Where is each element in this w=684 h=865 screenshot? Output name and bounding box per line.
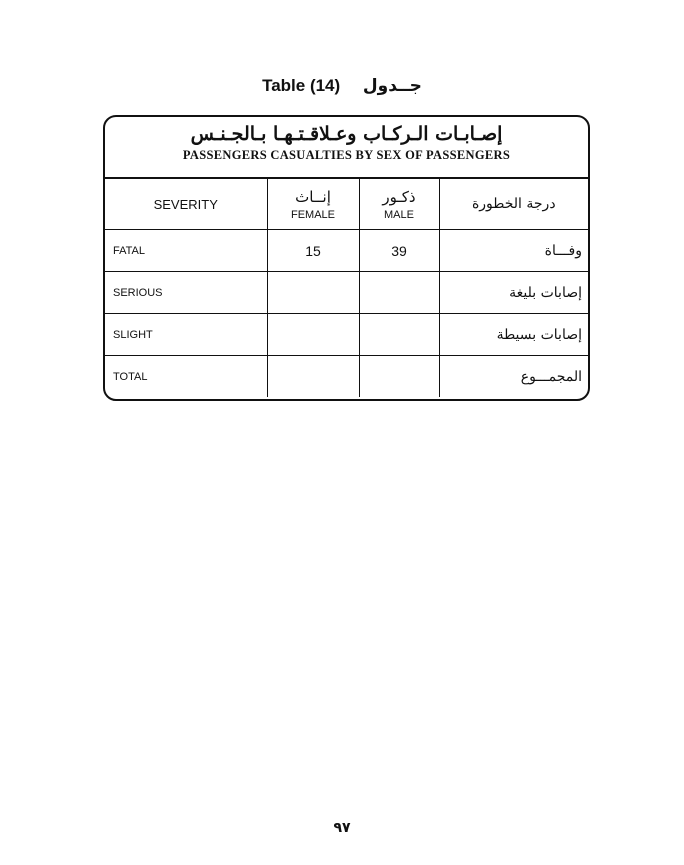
- cell-female: [267, 356, 359, 398]
- caption-arabic: إصـابـات الـركـاب وعـلاقـتـهـا بـالجـنـس: [105, 117, 588, 145]
- table-row-total: TOTAL المجمـــوع: [105, 356, 588, 398]
- table-caption: إصـابـات الـركـاب وعـلاقـتـهـا بـالجـنـس…: [105, 117, 588, 179]
- row-label-ar: وفـــاة: [439, 230, 588, 272]
- header-severity-ar: درجة الخطورة: [439, 179, 588, 230]
- header-male: ذكـور MALE: [359, 179, 439, 230]
- table-row-fatal: FATAL 15 39 وفـــاة: [105, 230, 588, 272]
- header-female-en: FEMALE: [268, 209, 359, 221]
- header-female-ar: إنــاث: [268, 188, 359, 206]
- table-title-ar: جــدول: [363, 76, 422, 96]
- row-label-en: TOTAL: [105, 356, 267, 398]
- table-title-en: Table (14): [262, 76, 340, 95]
- row-label-en: SLIGHT: [105, 314, 267, 356]
- cell-male: [359, 314, 439, 356]
- table-row-slight: SLIGHT إصابات بسيطة: [105, 314, 588, 356]
- header-male-en: MALE: [360, 209, 439, 221]
- cell-female: 15: [267, 230, 359, 272]
- cell-female: [267, 314, 359, 356]
- row-label-en: SERIOUS: [105, 272, 267, 314]
- cell-male: [359, 272, 439, 314]
- caption-english: PASSENGERS CASUALTIES BY SEX OF PASSENGE…: [105, 148, 588, 163]
- row-label-ar: إصابات بسيطة: [439, 314, 588, 356]
- header-female: إنــاث FEMALE: [267, 179, 359, 230]
- table-row-serious: SERIOUS إصابات بليغة: [105, 272, 588, 314]
- row-label-ar: المجمـــوع: [439, 356, 588, 398]
- cell-female: [267, 272, 359, 314]
- cell-male: 39: [359, 230, 439, 272]
- header-male-ar: ذكـور: [360, 188, 439, 206]
- cell-male: [359, 356, 439, 398]
- header-severity-en: SEVERITY: [105, 179, 267, 230]
- casualties-table: SEVERITY إنــاث FEMALE ذكـور MALE درجة ا…: [105, 179, 588, 397]
- page-number: ٩٧: [0, 820, 684, 836]
- casualties-table-frame: إصـابـات الـركـاب وعـلاقـتـهـا بـالجـنـس…: [103, 115, 590, 401]
- row-label-en: FATAL: [105, 230, 267, 272]
- table-title: Table (14) جــدول: [0, 76, 684, 96]
- table-header-row: SEVERITY إنــاث FEMALE ذكـور MALE درجة ا…: [105, 179, 588, 230]
- row-label-ar: إصابات بليغة: [439, 272, 588, 314]
